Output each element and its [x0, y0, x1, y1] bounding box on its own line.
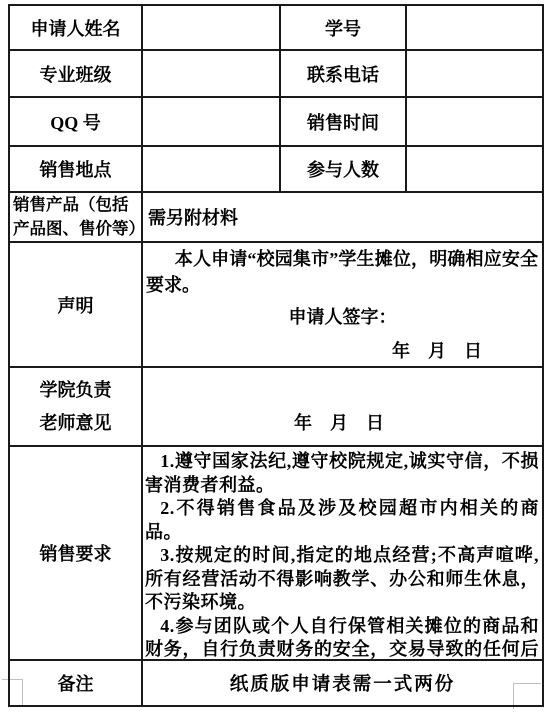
- major-class-field[interactable]: [143, 51, 281, 98]
- teacher-opinion-field[interactable]: 年 月 日: [143, 368, 542, 447]
- sale-products-label-line2: 产品图、售价等）: [13, 218, 143, 240]
- sale-products-label-line1: 销售产品（包括: [13, 194, 129, 216]
- requirement-item-3: 3.按规定的时间,指定的地点经营;不高声喧哗,所有经营活动不得影响教学、办公和师…: [145, 544, 539, 615]
- sale-location-field[interactable]: [143, 147, 281, 193]
- qq-label: QQ 号: [10, 98, 143, 147]
- qq-field[interactable]: [143, 98, 281, 147]
- requirement-item-4: 4.参与团队或个人自行保管相关摊位的商品和财务，自行负责财务的安全，交易导致的任…: [145, 615, 539, 662]
- declaration-date-line: 年 月 日: [143, 338, 482, 364]
- applicant-signature-label: 申请人签字：: [143, 304, 542, 330]
- teacher-opinion-label-line1: 学院负责: [40, 380, 112, 400]
- sale-products-note: 需另附材料: [143, 193, 542, 243]
- declaration-label: 声明: [10, 243, 143, 368]
- applicant-name-field[interactable]: [143, 6, 281, 51]
- requirement-item-1: 1.遵守国家法纪,遵守校院规定,诚实守信，不损害消费者利益。: [145, 450, 539, 497]
- applicant-name-label: 申请人姓名: [10, 6, 143, 51]
- attach-materials-text: 需另附材料: [148, 204, 238, 230]
- phone-label: 联系电话: [281, 51, 407, 98]
- declaration-statement: 本人申请“校园集市”学生摊位，明确相应安全要求。: [146, 246, 538, 298]
- sale-requirements-label: 销售要求: [10, 447, 143, 661]
- teacher-opinion-label: 学院负责 老师意见: [10, 368, 143, 447]
- sale-products-label: 销售产品（包括 产品图、售价等）: [10, 193, 143, 243]
- requirement-item-2: 2.不得销售食品及涉及校园超市内相关的商品。: [145, 497, 539, 544]
- student-id-label: 学号: [281, 6, 407, 51]
- teacher-opinion-date-line: 年 月 日: [294, 410, 384, 436]
- application-form-table: 申请人姓名 学号 专业班级 联系电话 QQ 号 销售时间 销售地点 参与人数 销…: [8, 4, 544, 707]
- teacher-opinion-label-line2: 老师意见: [40, 413, 112, 433]
- sale-location-label: 销售地点: [10, 147, 143, 193]
- notes-content: 纸质版申请表需一式两份: [143, 661, 542, 705]
- participant-count-field[interactable]: [407, 147, 542, 193]
- sale-time-label: 销售时间: [281, 98, 407, 147]
- phone-field[interactable]: [407, 51, 542, 98]
- student-id-field[interactable]: [407, 6, 542, 51]
- participant-count-label: 参与人数: [281, 147, 407, 193]
- application-form-page: 申请人姓名 学号 专业班级 联系电话 QQ 号 销售时间 销售地点 参与人数 销…: [0, 0, 550, 713]
- major-class-label: 专业班级: [10, 51, 143, 98]
- sale-time-field[interactable]: [407, 98, 542, 147]
- declaration-content: 本人申请“校园集市”学生摊位，明确相应安全要求。 申请人签字： 年 月 日: [143, 243, 542, 368]
- sale-requirements-content: 1.遵守国家法纪,遵守校院规定,诚实守信，不损害消费者利益。 2.不得销售食品及…: [143, 447, 542, 661]
- notes-label: 备注: [10, 661, 143, 705]
- notes-text: 纸质版申请表需一式两份: [230, 670, 456, 696]
